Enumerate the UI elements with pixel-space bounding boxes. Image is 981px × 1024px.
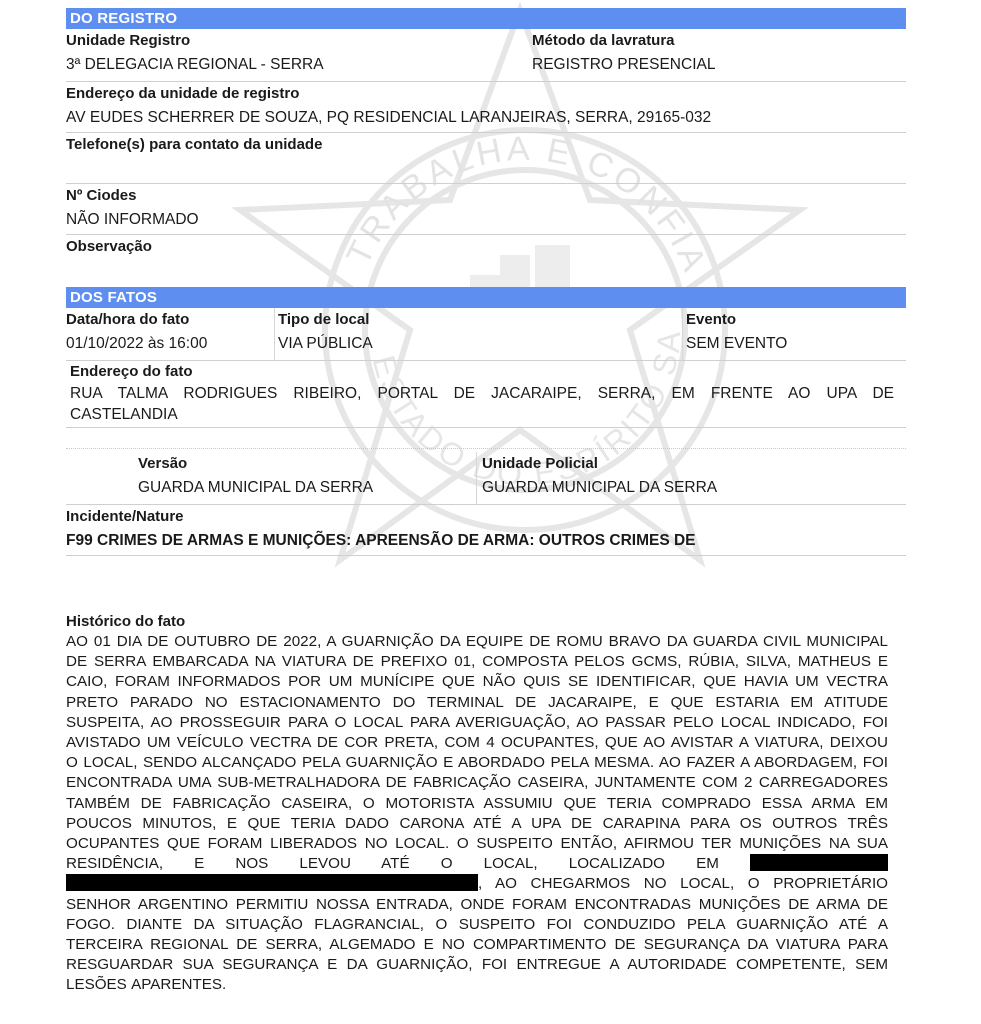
observacao-label: Observação [66,235,906,259]
redacted-address-2 [66,874,478,891]
tipo-local-label: Tipo de local [278,308,682,332]
versao-value: GUARDA MUNICIPAL DA SERRA [138,476,476,500]
endereco-unidade-value: AV EUDES SCHERRER DE SOUZA, PQ RESIDENCI… [66,106,906,130]
versao-label: Versão [138,452,476,476]
registro-telefone-row: Telefone(s) para contato da unidade [66,133,906,184]
fatos-endereco-row: Endereço do fato RUA TALMA RODRIGUES RIB… [66,361,906,428]
evento-label: Evento [686,308,787,332]
historico-text: AO 01 DIA DE OUTUBRO DE 2022, A GUARNIÇÃ… [66,632,888,996]
historico-section: Histórico do fato AO 01 DIA DE OUTUBRO D… [66,612,888,996]
registro-ciodes-row: Nº Ciodes NÃO INFORMADO [66,184,906,235]
fatos-data-row: Data/hora do fato 01/10/2022 às 16:00 Ti… [66,308,906,361]
ciodes-label: Nº Ciodes [66,184,906,208]
historico-label: Histórico do fato [66,612,888,632]
fatos-versao-row: Versão GUARDA MUNICIPAL DA SERRA Unidade… [66,452,906,505]
endereco-fato-value: RUA TALMA RODRIGUES RIBEIRO, PORTAL DE J… [70,383,894,425]
data-hora-value: 01/10/2022 às 16:00 [66,332,274,356]
telefone-label: Telefone(s) para contato da unidade [66,133,906,157]
unidade-registro-value: 3ª DELEGACIA REGIONAL - SERRA [66,53,532,77]
redacted-address-1 [750,854,888,871]
historico-text-part1: AO 01 DIA DE OUTUBRO DE 2022, A GUARNIÇÃ… [66,633,888,872]
data-hora-label: Data/hora do fato [66,308,274,332]
unidade-registro-label: Unidade Registro [66,29,532,53]
evento-value: SEM EVENTO [686,332,787,356]
registro-unidade-row: Unidade Registro 3ª DELEGACIA REGIONAL -… [66,29,906,82]
endereco-fato-label: Endereço do fato [70,361,894,383]
metodo-lavratura-value: REGISTRO PRESENCIAL [532,53,715,77]
dotted-divider [66,428,906,449]
historico-text-part2: , AO CHEGARMOS NO LOCAL, O PROPRIETÁRIO … [66,875,888,993]
section-header-fatos: DOS FATOS [66,287,906,308]
incidente-value: F99 CRIMES DE ARMAS E MUNIÇÕES: APREENSÃ… [66,529,906,553]
metodo-lavratura-label: Método da lavratura [532,29,715,53]
fatos-incidente-row: Incidente/Nature F99 CRIMES DE ARMAS E M… [66,505,906,556]
registro-endereco-row: Endereço da unidade de registro AV EUDES… [66,82,906,133]
unidade-policial-label: Unidade Policial [482,452,717,476]
tipo-local-value: VIA PÚBLICA [278,332,682,356]
incidente-label: Incidente/Nature [66,505,906,529]
endereco-unidade-label: Endereço da unidade de registro [66,82,906,106]
section-header-registro: DO REGISTRO [66,8,906,29]
unidade-policial-value: GUARDA MUNICIPAL DA SERRA [482,476,717,500]
registro-observacao-row: Observação [66,235,906,287]
police-report-document: DO REGISTRO Unidade Registro 3ª DELEGACI… [66,0,906,996]
ciodes-value: NÃO INFORMADO [66,208,906,232]
